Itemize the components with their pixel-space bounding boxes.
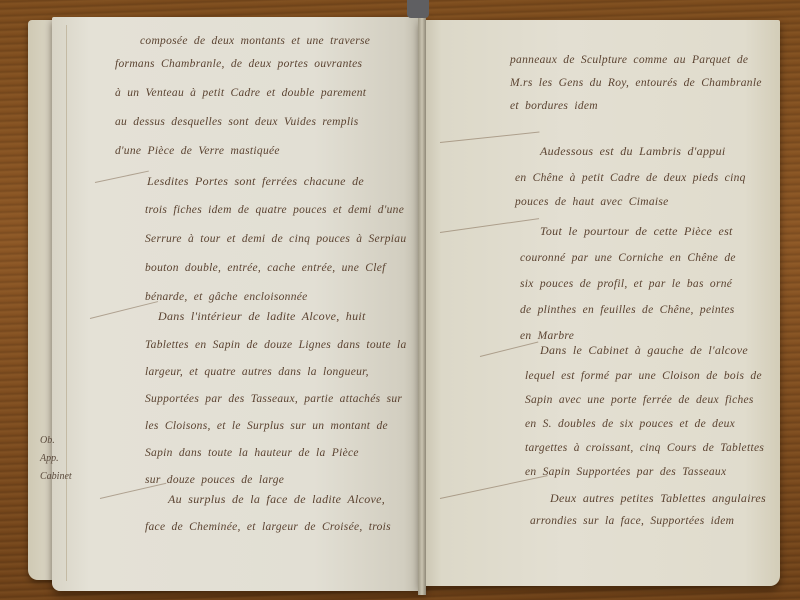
right-para-3-cont: couronné par une Corniche en Chêne de si… <box>520 245 736 349</box>
text-line: arrondies sur la face, Supportées idem <box>530 508 734 534</box>
left-para-2: Lesdites Portes sont ferrées chacune de <box>147 166 364 196</box>
text-line: Audessous est du Lambris d'appui <box>540 136 726 166</box>
text-line: M.rs les Gens du Roy, entourés de Chambr… <box>510 72 762 95</box>
text-line: Sapin dans toute la hauteur de la Pièce <box>145 440 407 467</box>
text-line: en S. doubles de six pouces et de deux <box>525 412 764 436</box>
text-line: lequel est formé par une Cloison de bois… <box>525 364 764 388</box>
left-para-4: Au surplus de la face de ladite Alcove, <box>168 485 385 513</box>
text-line: Sapin avec une porte ferrée de deux fich… <box>525 388 764 412</box>
text-line: d'une Pièce de Verre mastiquée <box>115 137 366 166</box>
right-para-5-cont: arrondies sur la face, Supportées idem <box>530 508 734 534</box>
text-line: face de Cheminée, et largeur de Croisée,… <box>145 513 391 541</box>
text-line: Supportées par des Tasseaux, partie atta… <box>145 386 407 413</box>
left-para-1-cont: formans Chambranle, de deux portes ouvra… <box>115 50 366 166</box>
text-line: Au surplus de la face de ladite Alcove, <box>168 485 385 513</box>
right-para-4-cont: lequel est formé par une Cloison de bois… <box>525 364 764 484</box>
text-line: targettes à croissant, cinq Cours de Tab… <box>525 436 764 460</box>
text-line: en Sapin Supportées par des Tasseaux <box>525 460 764 484</box>
binding-clip <box>407 0 429 18</box>
text-line: trois fiches idem de quatre pouces et de… <box>145 196 406 225</box>
text-line: bouton double, entrée, cache entrée, une… <box>145 254 406 283</box>
book-gutter <box>418 15 426 595</box>
left-para-4-cont: face de Cheminée, et largeur de Croisée,… <box>145 513 391 541</box>
right-para-2-cont: en Chêne à petit Cadre de deux pieds cin… <box>515 166 746 214</box>
text-line: Dans l'intérieur de ladite Alcove, huit <box>158 300 366 332</box>
right-para-3: Tout le pourtour de cette Pièce est <box>540 217 733 245</box>
left-para-3: Dans l'intérieur de ladite Alcove, huit <box>158 300 366 332</box>
text-line: à un Venteau à petit Cadre et double par… <box>115 79 366 108</box>
text-line: en Chêne à petit Cadre de deux pieds cin… <box>515 166 746 190</box>
right-para-1: panneaux de Sculpture comme au Parquet d… <box>510 49 762 118</box>
margin-rule <box>66 25 67 581</box>
text-line: largeur, et quatre autres dans la longue… <box>145 359 407 386</box>
left-para-3-cont: Tablettes en Sapin de douze Lignes dans … <box>145 332 407 494</box>
text-line: de plinthes en feuilles de Chêne, peinte… <box>520 297 736 323</box>
text-line: panneaux de Sculpture comme au Parquet d… <box>510 49 762 72</box>
text-line: et bordures idem <box>510 95 762 118</box>
text-line: couronné par une Corniche en Chêne de <box>520 245 736 271</box>
right-para-2: Audessous est du Lambris d'appui <box>540 136 726 166</box>
text-line: Tablettes en Sapin de douze Lignes dans … <box>145 332 407 359</box>
open-manuscript-book: Ob. App. Cabinet composée de deux montan… <box>0 0 800 600</box>
text-line: Tout le pourtour de cette Pièce est <box>540 217 733 245</box>
text-line: Lesdites Portes sont ferrées chacune de <box>147 166 364 196</box>
text-line: Serrure à tour et demi de cinq pouces à … <box>145 225 406 254</box>
right-para-4: Dans le Cabinet à gauche de l'alcove <box>540 336 748 364</box>
text-line: six pouces de profil, et par le bas orné <box>520 271 736 297</box>
text-line: les Cloisons, et le Surplus sur un monta… <box>145 413 407 440</box>
left-para-2-cont: trois fiches idem de quatre pouces et de… <box>145 196 406 312</box>
text-line: Dans le Cabinet à gauche de l'alcove <box>540 336 748 364</box>
text-line: pouces de haut avec Cimaise <box>515 190 746 214</box>
margin-annotation: Ob. App. Cabinet <box>40 432 72 486</box>
text-line: au dessus desquelles sont deux Vuides re… <box>115 108 366 137</box>
text-line: formans Chambranle, de deux portes ouvra… <box>115 50 366 79</box>
